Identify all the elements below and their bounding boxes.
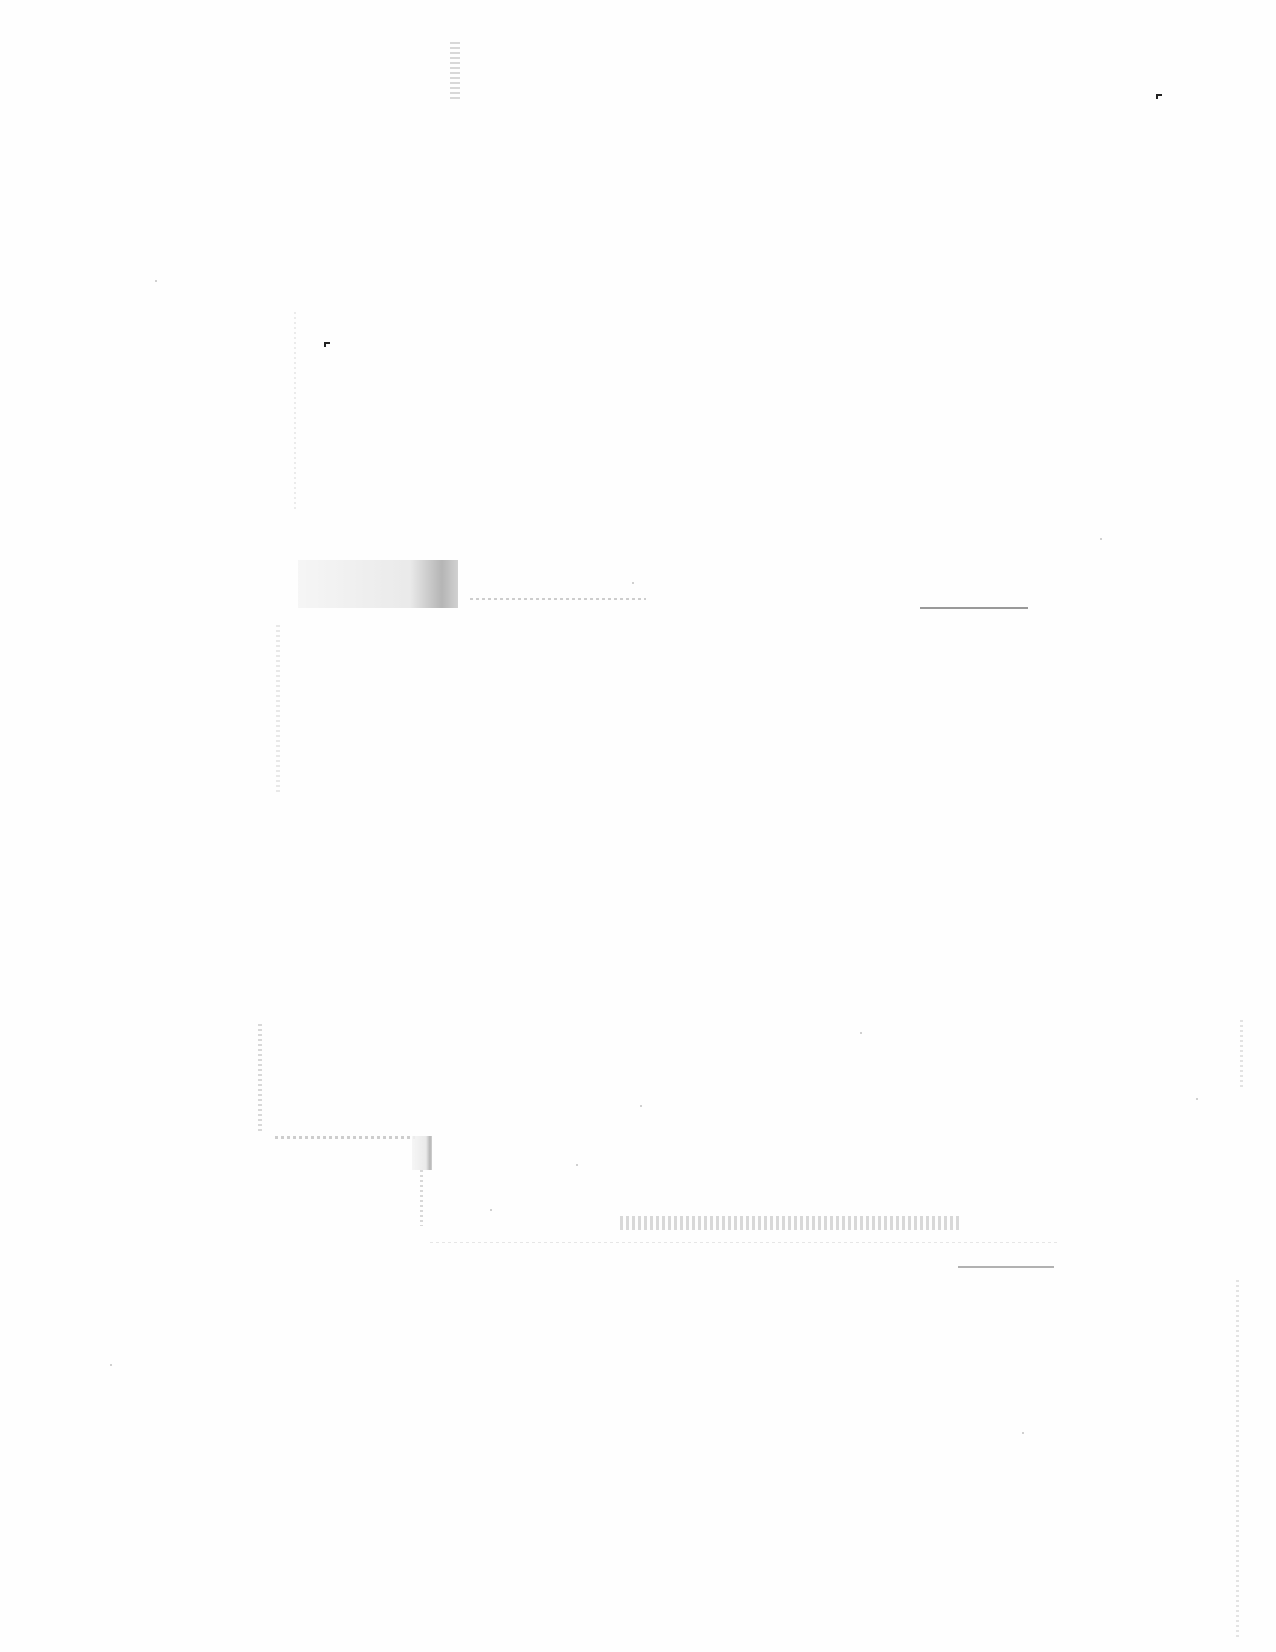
scan-shadow-small xyxy=(412,1136,432,1170)
speck xyxy=(860,1032,862,1034)
scan-line-mid-right xyxy=(920,607,1028,609)
speck xyxy=(640,1105,642,1107)
speck xyxy=(576,1164,578,1166)
corner-tick-left-stem xyxy=(324,342,326,347)
speck xyxy=(1022,1432,1024,1434)
scan-artifact-top xyxy=(450,42,460,100)
scan-edge-bottom-lower xyxy=(275,1136,415,1139)
speck xyxy=(110,1364,112,1366)
scan-edge-right-upper xyxy=(1240,1020,1243,1090)
scan-line-short xyxy=(958,1266,1054,1268)
scan-edge-left-lower xyxy=(258,1024,262,1134)
speck xyxy=(632,582,634,584)
scan-edge-left-upper xyxy=(294,312,296,512)
speck xyxy=(1100,538,1102,540)
scan-line-long xyxy=(430,1242,1060,1243)
scan-edge-left-mid xyxy=(276,625,280,795)
scan-line-mid-left xyxy=(470,598,646,600)
corner-tick-top-right-stem xyxy=(1156,94,1158,99)
speck xyxy=(1196,1098,1198,1100)
speck xyxy=(155,280,157,282)
scanned-blank-page xyxy=(0,0,1276,1652)
scan-edge-right xyxy=(1236,1280,1239,1640)
scan-edge-lower-stem xyxy=(420,1170,423,1226)
scan-shadow-block xyxy=(298,560,458,608)
scan-streak-long xyxy=(620,1216,960,1230)
speck xyxy=(490,1209,492,1211)
